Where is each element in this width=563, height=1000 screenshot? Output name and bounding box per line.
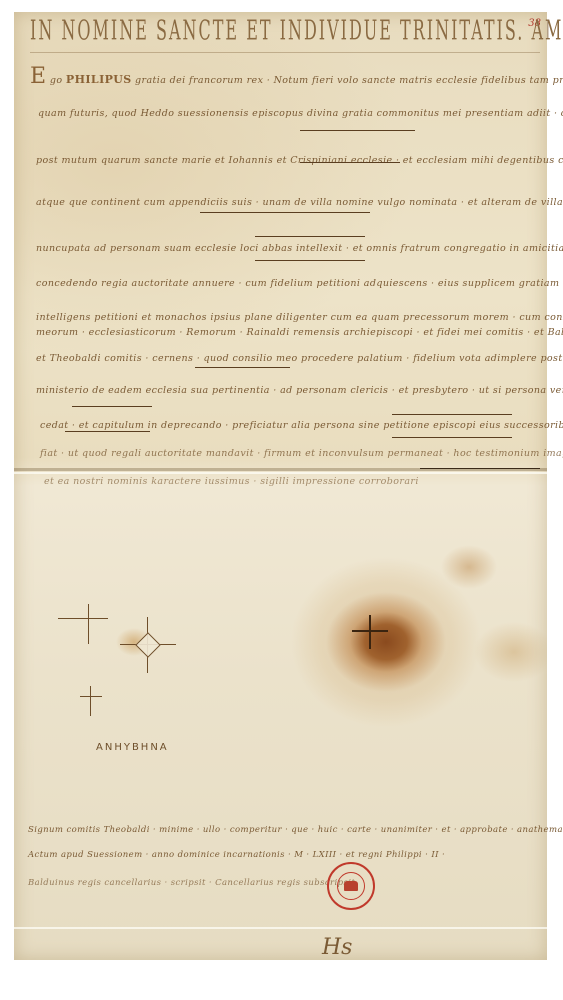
underline-mark [195,367,290,368]
text-line-9: et Theobaldi comitis · cernens · quod co… [36,353,563,364]
underline-mark [300,162,400,163]
text-line-4: atque que continent cum appendiciis suis… [36,197,563,208]
text-line-13: et ea nostri nominis karactere iussimus … [44,476,419,487]
initial-letter: E [30,64,46,89]
underline-mark [65,431,150,432]
fold-crease [14,472,547,474]
text-line-8: meorum · ecclesiasticorum · Remorum · Ra… [36,327,563,338]
text-line-2: quam futuris, quod Heddo suessionensis e… [38,108,563,119]
text-line-12: fiat · ut quod regali auctoritate mandav… [40,448,563,459]
text-line-7: intelligens petitioni et monachos ipsius… [36,312,563,323]
library-stamp [327,862,375,910]
underline-mark [300,130,415,131]
text-line-10: ministerio de eadem ecclesia sua pertine… [36,385,563,396]
bottom-mark: Hs [322,935,352,960]
underline-mark [255,236,365,237]
underline-mark [420,468,540,469]
cross-mark-small-icon [80,686,102,716]
signature-mark-text: ANHYBHNA [96,742,169,753]
bottom-line-3: Balduinus regis cancellarius · scripsit … [28,878,355,888]
underline-mark [255,260,365,261]
underline-mark [392,414,512,415]
king-name: PHILIPUS [66,73,132,86]
cross-mark-icon [58,604,108,644]
text-line-11: cedat · et capitulum in deprecando · pre… [40,420,563,431]
crown-icon [344,881,358,891]
monogram-icon [120,617,176,673]
ruling-line [30,52,540,53]
text-line-3: post mutum quarum sancte marie et Iohann… [36,155,563,166]
bottom-line-1: Signum comitis Theobaldi · minime · ullo… [28,825,563,835]
text-line-6: concedendo regia auctoritate annuere · c… [36,278,563,289]
underline-mark [392,437,512,438]
text-line-1: E go PHILIPUS gratia dei francorum rex ·… [30,64,563,89]
stamp-inner-ring [337,872,365,900]
bottom-line-2: Actum apud Suessionem · anno dominice in… [28,850,445,860]
line-prefix: go [50,75,63,86]
fold-crease [14,927,547,929]
seal-cross-icon [352,615,388,649]
text-line-5: nuncupata ad personam suam ecclesie loci… [36,243,563,254]
underline-mark [72,406,152,407]
line-text: gratia dei francorum rex · Notum fieri v… [135,75,563,86]
heading-line: IN NOMINE SANCTE ET INDIVIDUE TRINITATIS… [30,14,563,46]
underline-mark [200,212,370,213]
